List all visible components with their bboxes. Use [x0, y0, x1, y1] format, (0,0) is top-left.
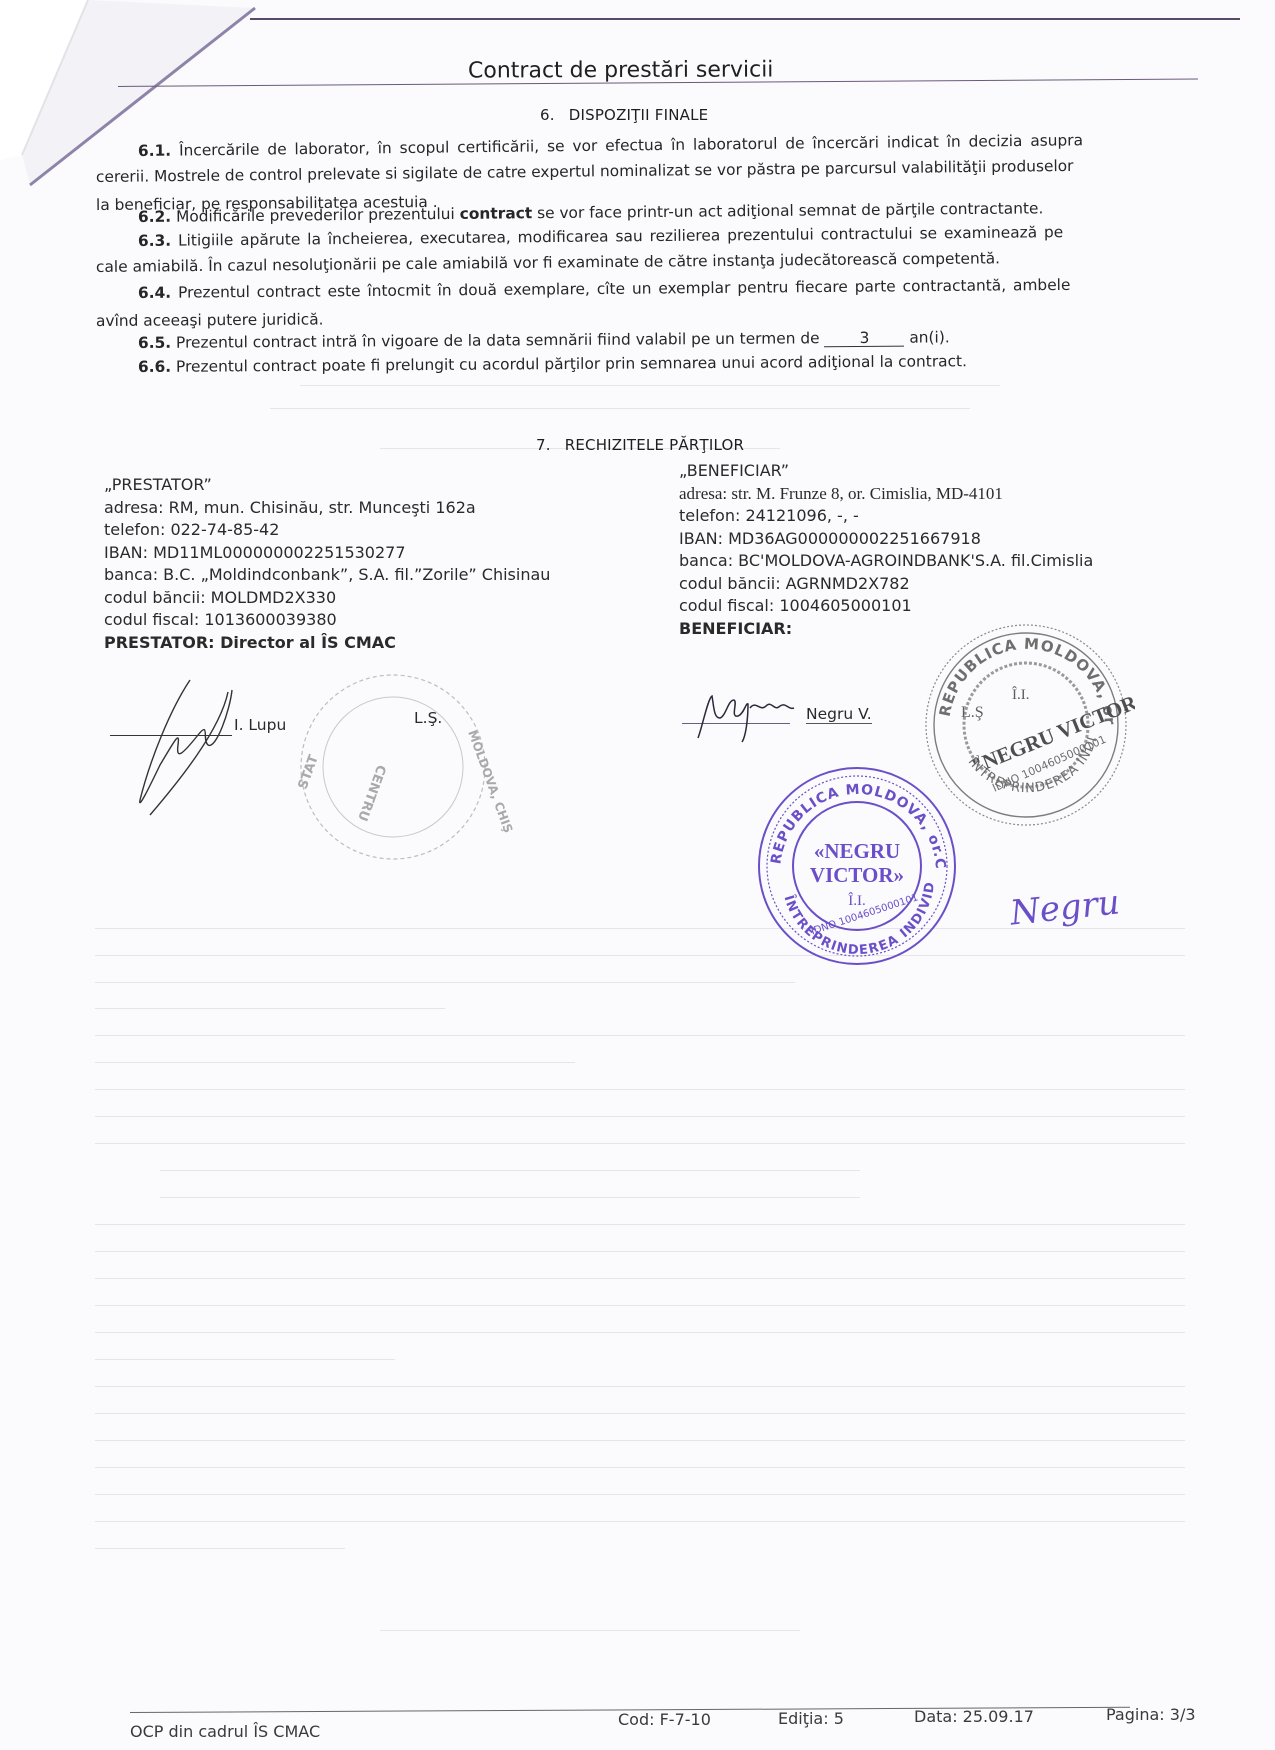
beneficiar-purple-stamp: REPUBLICA MOLDOVA, or.CIMISLIA ÎNTREPRIN… [752, 760, 962, 972]
svg-text:MOLDOVA, CHIŞ: MOLDOVA, CHIŞ [465, 728, 515, 835]
beneficiar-bank-code: codul băncii: AGRNMD2X782 [679, 573, 1093, 596]
svg-text:L.Ş: L.Ş [961, 704, 984, 721]
document-page: Contract de prestări servicii 6.DISPOZIŢ… [0, 0, 1275, 1750]
beneficiar-handwritten-signature [690, 688, 800, 744]
beneficiar-label: „BENEFICIAR” [679, 460, 1093, 483]
prestator-bank-code: codul băncii: MOLDMD2X330 [104, 587, 550, 610]
clause-6-3-line-1: 6.3. Litigiile apărute la încheierea, ex… [138, 225, 1063, 249]
prestator-address: adresa: RM, mun. Chisinău, str. Munceşti… [104, 497, 550, 520]
prestator-label: „PRESTATOR” [104, 474, 550, 497]
clause-6-5: 6.5. Prezentul contract intră în vigoare… [138, 330, 950, 352]
beneficiar-signatory-name: Negru V. [806, 705, 872, 724]
clause-6-1-line-1: 6.1. Încercările de laborator, în scopul… [138, 132, 1178, 159]
header-top-rule [250, 18, 1240, 20]
svg-text:«NEGRU: «NEGRU [814, 839, 900, 863]
prestator-signatory-title: PRESTATOR: Director al ÎS CMAC [104, 632, 550, 655]
clause-6-3-line-2: cale amiabilă. În cazul nesoluţionării p… [96, 251, 1000, 275]
prestator-details: „PRESTATOR” adresa: RM, mun. Chisinău, s… [104, 474, 550, 654]
contract-term-value: 3 [824, 331, 904, 348]
svg-text:CENTRU: CENTRU [354, 763, 388, 823]
beneficiar-fiscal-code: codul fiscal: 1004605000101 [679, 595, 1093, 618]
prestator-iban: IBAN: MD11ML000000002251530277 [104, 542, 550, 565]
beneficiar-address: adresa: str. M. Frunze 8, or. Cimislia, … [679, 483, 1093, 506]
beneficiar-iban: IBAN: MD36AG000000002251667918 [679, 528, 1093, 551]
footer-page: Pagina: 3/3 [1106, 1705, 1196, 1724]
svg-text:VICTOR»: VICTOR» [810, 863, 904, 887]
section-heading-party-details: 7.RECHIZITELE PĂRŢILOR [536, 436, 744, 454]
svg-text:Î.I.: Î.I. [1012, 686, 1030, 703]
footer-code: Cod: F-7-10 [618, 1710, 711, 1729]
footer-date: Data: 25.09.17 [914, 1707, 1034, 1726]
section-heading-final-provisions: 6.DISPOZIŢII FINALE [540, 106, 708, 124]
footer-organization: OCP din cadrul ÎS CMAC [130, 1722, 320, 1741]
prestator-phone: telefon: 022-74-85-42 [104, 519, 550, 542]
clause-6-4-line-2: avînd aceeaşi putere juridică. [96, 312, 324, 329]
prestator-bank: banca: B.C. „Moldindconbank”, S.A. fil.”… [104, 564, 550, 587]
footer-edition: Ediţia: 5 [778, 1709, 844, 1728]
svg-text:STAT: STAT [296, 753, 322, 791]
beneficiar-phone: telefon: 24121096, -, - [679, 505, 1093, 528]
clause-6-1-line-2: cererii. Mostrele de control prelevate s… [96, 159, 1074, 185]
prestator-handwritten-signature [120, 670, 250, 820]
beneficiar-handwritten-name: Negru [1008, 882, 1121, 933]
prestator-faded-stamp: STAT CENTRU MOLDOVA, CHIŞ [268, 672, 518, 862]
clause-6-4-line-1: 6.4. Prezentul contract este întocmit în… [138, 278, 1071, 302]
beneficiar-details: „BENEFICIAR” adresa: str. M. Frunze 8, o… [679, 460, 1093, 640]
clause-6-6: 6.6. Prezentul contract poate fi prelung… [138, 354, 967, 375]
document-title: Contract de prestări servicii [468, 57, 773, 83]
beneficiar-bank: banca: BC'MOLDOVA-AGROINDBANK'S.A. fil.C… [679, 550, 1093, 573]
prestator-fiscal-code: codul fiscal: 1013600039380 [104, 609, 550, 632]
svg-text:Î.I.: Î.I. [848, 892, 866, 909]
